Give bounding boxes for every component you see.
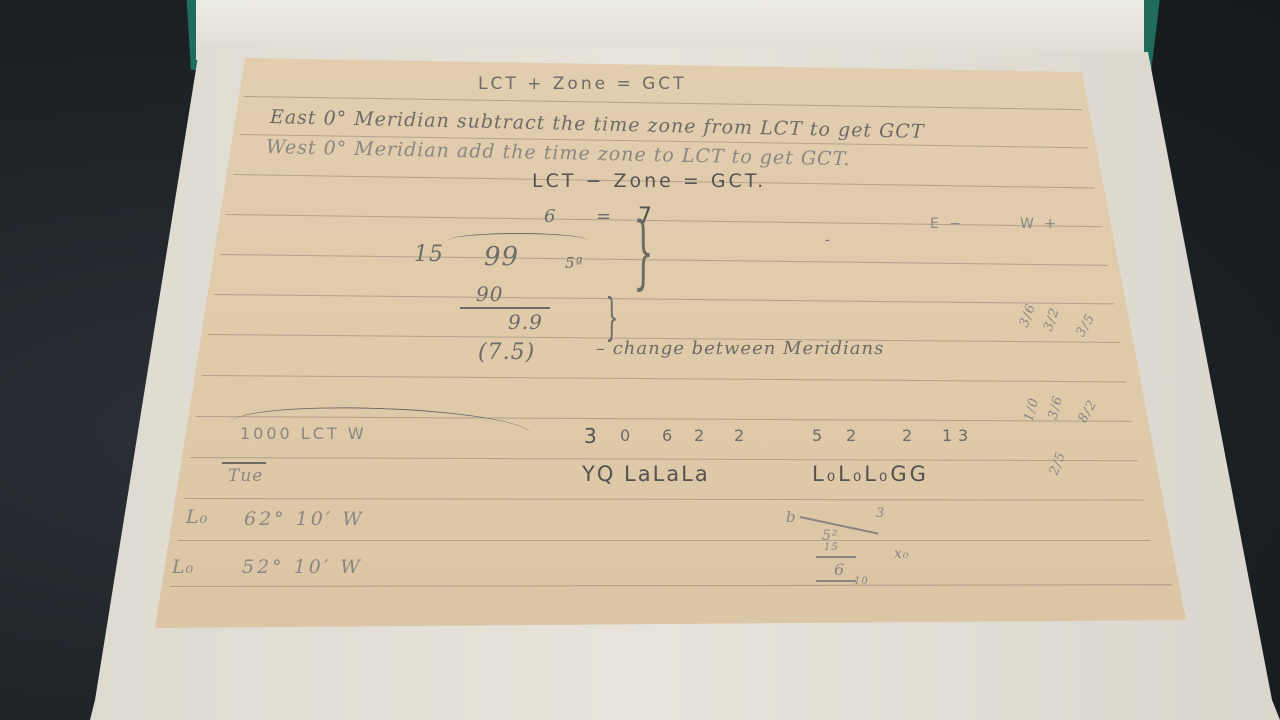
- meridian-annotation: – change between Meridians: [596, 338, 884, 359]
- digit: 3: [958, 426, 971, 445]
- digit: 2: [694, 426, 707, 445]
- divisor: 15: [414, 242, 444, 267]
- brace-upper: }: [633, 212, 653, 292]
- digit: 1: [942, 426, 955, 445]
- signal-letters-right: L₀L₀L₀GG: [812, 462, 929, 486]
- signal-letters-left: YQ LaLaLa: [582, 462, 710, 486]
- position-value: 62° 10′ W: [244, 508, 365, 530]
- dividend: 99: [484, 242, 519, 272]
- digit: 3: [584, 424, 600, 448]
- paren-value: (7.5): [478, 340, 535, 365]
- remainder-note: 5ª: [565, 254, 584, 272]
- digit: 5: [812, 426, 825, 445]
- dash-mark: -: [825, 232, 831, 248]
- sign-note-west: W +: [1020, 216, 1059, 232]
- sign-note-east: E −: [930, 216, 964, 232]
- digit: 2: [734, 426, 747, 445]
- digit: 2: [902, 426, 915, 445]
- equals-sign: =: [596, 206, 612, 227]
- header-formula: LCT + Zone = GCT: [478, 74, 687, 94]
- position-value: 52° 10′ W: [242, 556, 363, 578]
- digit: 2: [846, 426, 859, 445]
- subtract-value: 90: [476, 282, 503, 306]
- difference: 9.9: [508, 310, 543, 334]
- position-label: L₀: [186, 506, 208, 528]
- digit: 0: [620, 426, 633, 445]
- quotient: 6: [544, 206, 556, 227]
- signal-label: 1000 LCT W: [240, 424, 367, 443]
- position-label: L₀: [172, 556, 194, 578]
- brace-lower: }: [606, 292, 619, 342]
- formula-2: LCT − Zone = GCT.: [532, 170, 766, 192]
- signal-day: Tue: [228, 466, 263, 486]
- digit: 6: [662, 426, 675, 445]
